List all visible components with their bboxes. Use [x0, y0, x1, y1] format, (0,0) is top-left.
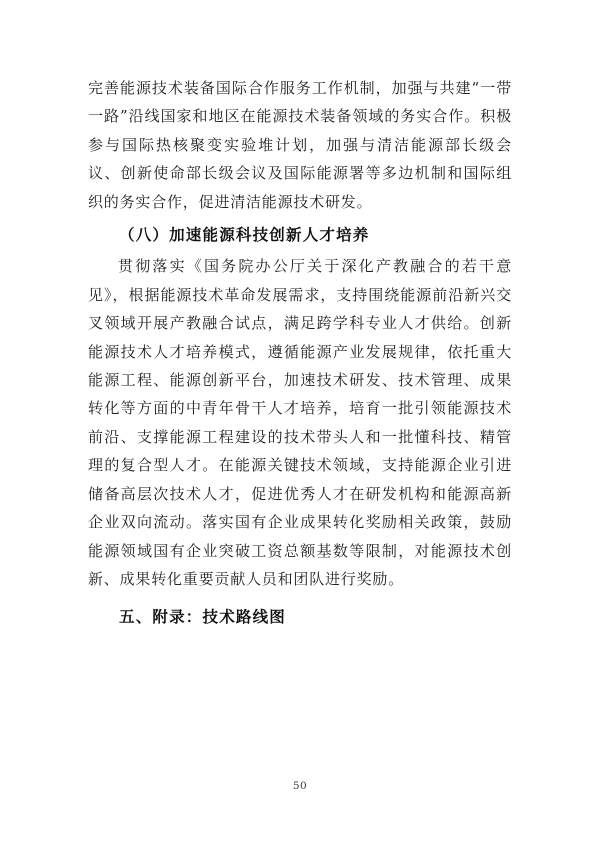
- page-number: 50: [0, 780, 600, 792]
- intro-paragraph: 完善能源技术装备国际合作服务工作机制，加强与共建“一带一路”沿线国家和地区在能源…: [88, 74, 512, 216]
- section-8-paragraph: 贯彻落实《国务院办公厅关于深化产教融合的若干意见》，根据能源技术革命发展需求，支…: [88, 252, 512, 593]
- appendix-heading: 五、附录：技术路线图: [88, 603, 512, 631]
- section-8-heading: （八）加速能源科技创新人才培养: [88, 221, 512, 249]
- document-page: 完善能源技术装备国际合作服务工作机制，加强与共建“一带一路”沿线国家和地区在能源…: [0, 0, 600, 848]
- document-content: 完善能源技术装备国际合作服务工作机制，加强与共建“一带一路”沿线国家和地区在能源…: [88, 74, 512, 632]
